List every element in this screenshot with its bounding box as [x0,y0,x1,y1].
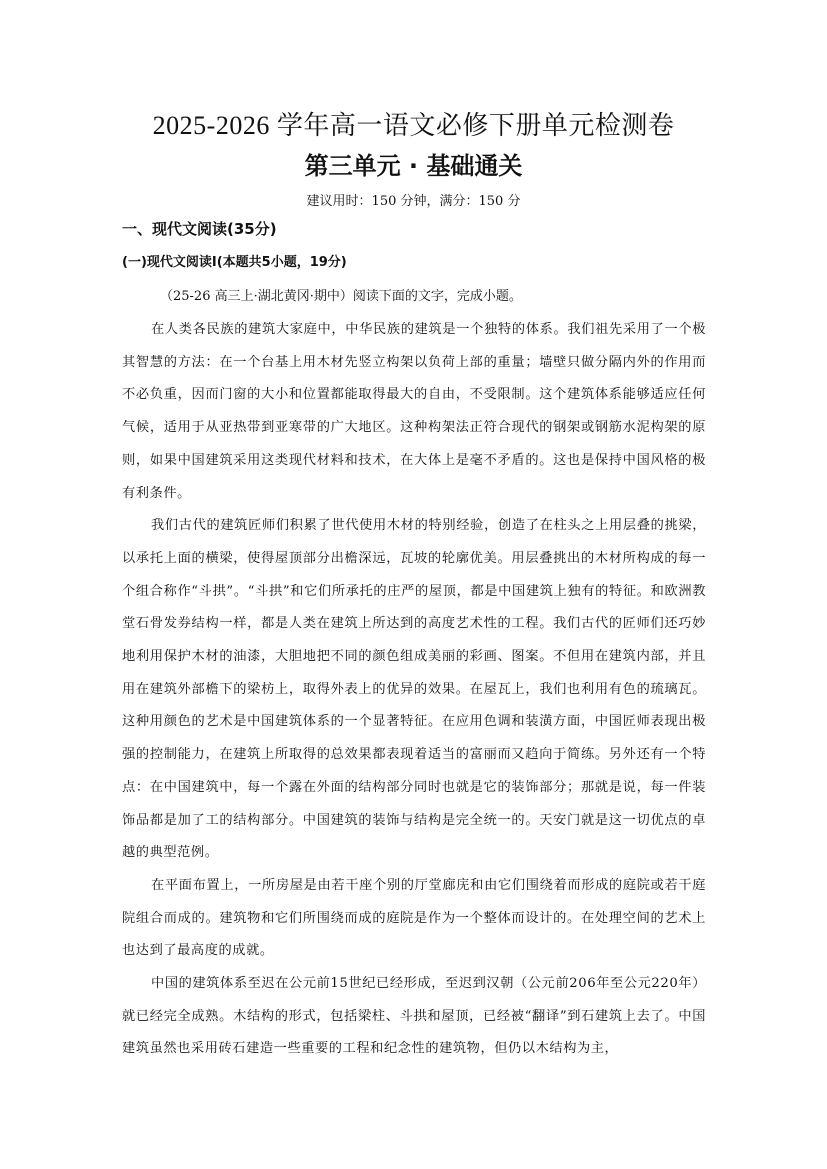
reading-instruction: （25-26 高三上·湖北黄冈·期中）阅读下面的文字，完成小题。 [122,286,706,308]
passage-body: 在人类各民族的建筑大家庭中，中华民族的建筑是一个独特的体系。我们祖先采用了一个极… [122,314,706,1066]
section-heading: 一、现代文阅读(35分) [122,218,277,240]
passage-paragraph: 我们古代的建筑匠师们积累了世代使用木材的特别经验，创造了在柱头之上用层叠的挑梁，… [122,510,706,870]
passage-paragraph: 在平面布置上，一所房屋是由若干座个别的厅堂廊庑和由它们围绕着而形成的庭院或若干庭… [122,870,706,968]
document-subtitle: 第三单元 · 基础通关 [0,150,827,182]
document-page: 2025-2026 学年高一语文必修下册单元检测卷 第三单元 · 基础通关 建议… [0,0,827,1169]
document-title: 2025-2026 学年高一语文必修下册单元检测卷 [0,108,827,144]
passage-paragraph: 在人类各民族的建筑大家庭中，中华民族的建筑是一个独特的体系。我们祖先采用了一个极… [122,314,706,510]
passage-paragraph: 中国的建筑体系至迟在公元前15世纪已经形成，至迟到汉朝（公元前206年至公元22… [122,968,706,1066]
subsection-heading: (一)现代文阅读Ⅰ(本题共5小题，19分) [122,252,347,274]
exam-meta: 建议用时：150 分钟，满分：150 分 [0,192,827,212]
